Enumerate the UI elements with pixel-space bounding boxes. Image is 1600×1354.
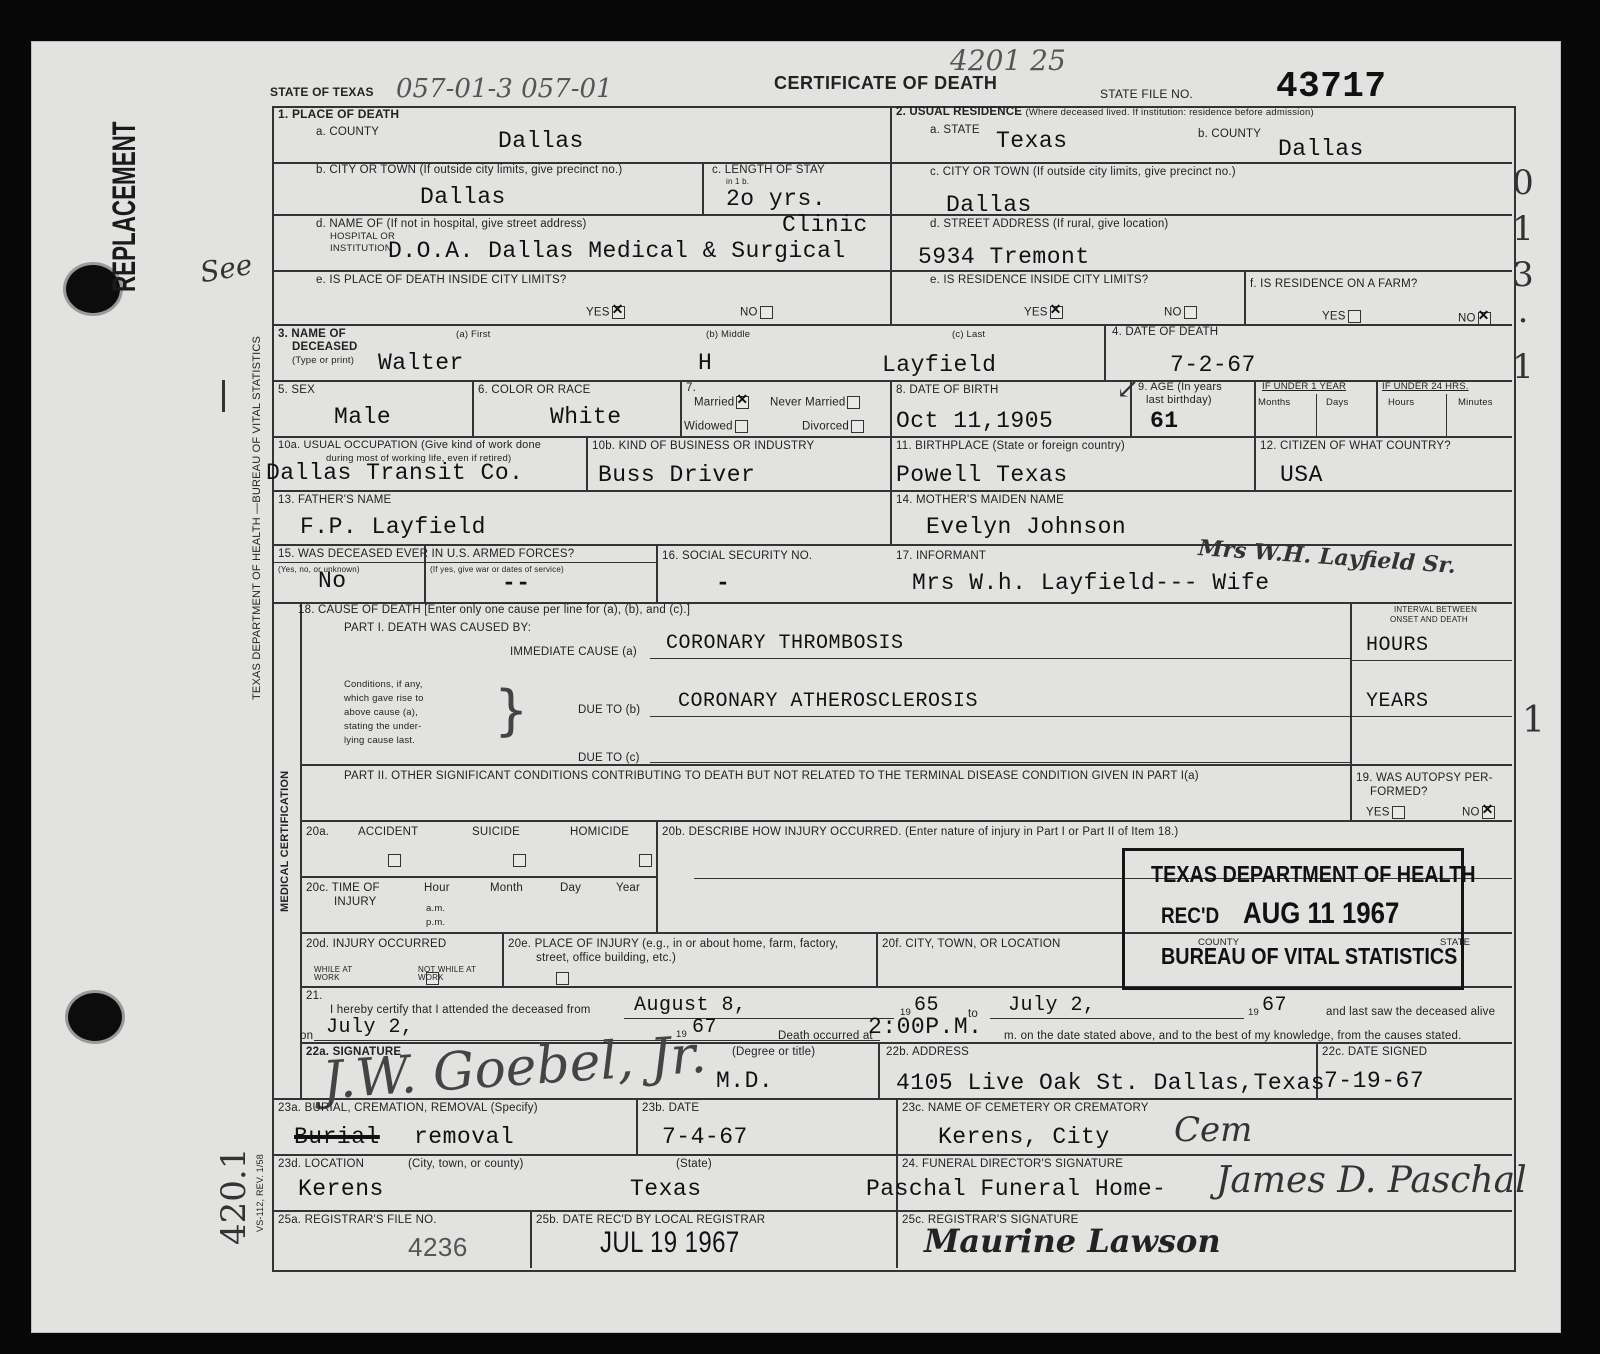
place-of-death-label: 1. PLACE OF DEATH <box>278 108 399 121</box>
residence-street-label: d. STREET ADDRESS (If rural, give locati… <box>930 218 1168 230</box>
interval-a-value: HOURS <box>1366 634 1429 657</box>
pm-label: p.m. <box>426 918 445 928</box>
ssn-label: 16. SOCIAL SECURITY NO. <box>662 550 812 562</box>
residence-label: 2. USUAL RESIDENCE (Where deceased lived… <box>896 106 1314 118</box>
state-file-label: STATE FILE NO. <box>1100 88 1193 101</box>
suicide-checkbox[interactable] <box>513 854 526 867</box>
mother-value: Evelyn Johnson <box>926 514 1126 540</box>
funeral-director-signature: James D. Paschal <box>1216 1160 1527 1201</box>
interval-label-2: ONSET AND DEATH <box>1390 616 1468 624</box>
residence-inside-no[interactable]: NO <box>1164 306 1197 319</box>
date-signed-label: 22c. DATE SIGNED <box>1322 1046 1427 1058</box>
cert-to-year: 67 <box>1262 994 1287 1017</box>
injury-20d-label: 20d. INJURY OCCURRED <box>306 938 446 950</box>
part2-label: PART II. OTHER SIGNIFICANT CONDITIONS CO… <box>344 770 1199 782</box>
conditions-brace: } <box>494 684 528 738</box>
business-value: Buss Driver <box>598 462 755 488</box>
hospital-label-3: INSTITUTION <box>330 244 392 254</box>
date-of-death-value: 7-2-67 <box>1170 352 1256 378</box>
sex-value: Male <box>334 404 391 430</box>
state-file-number: 43717 <box>1276 66 1387 107</box>
registrar-date-label: 25b. DATE REC'D BY LOCAL REGISTRAR <box>536 1214 765 1226</box>
degree-label: (Degree or title) <box>732 1046 815 1058</box>
address-label: 22b. ADDRESS <box>886 1046 969 1058</box>
occupation-label: 10a. USUAL OCCUPATION (Give kind of work… <box>278 440 541 452</box>
minutes-label: Minutes <box>1458 398 1493 408</box>
cert-text-3: m. on the date stated above, and to the … <box>1004 1030 1461 1042</box>
deceased-name-label-3: (Type or print) <box>292 356 354 366</box>
middle-name-value: H <box>698 350 712 376</box>
residence-inside-limits-label: e. IS RESIDENCE INSIDE CITY LIMITS? <box>930 274 1148 286</box>
residence-farm-label: f. IS RESIDENCE ON A FARM? <box>1250 278 1418 290</box>
mother-label: 14. MOTHER'S MAIDEN NAME <box>896 494 1064 506</box>
residence-county-value: Dallas <box>1278 136 1364 162</box>
death-county-label: a. COUNTY <box>316 126 379 138</box>
stamp-date: AUG 11 1967 <box>1243 897 1399 931</box>
stamp-line-1: TEXAS DEPARTMENT OF HEALTH <box>1151 861 1476 888</box>
last-name-label: (c) Last <box>952 330 985 340</box>
state-sub-label: (State) <box>676 1158 712 1170</box>
ssn-value: - <box>716 570 730 596</box>
received-stamp: TEXAS DEPARTMENT OF HEALTH REC'D AUG 11 … <box>1122 848 1464 990</box>
homicide-checkbox[interactable] <box>639 854 652 867</box>
married-checkbox[interactable] <box>736 396 749 409</box>
injury-20c-label-2: INJURY <box>334 896 377 908</box>
marital-label: 7. <box>686 382 696 394</box>
funeral-home-value: Paschal Funeral Home- <box>866 1176 1166 1202</box>
funeral-director-label: 24. FUNERAL DIRECTOR'S SIGNATURE <box>902 1158 1123 1170</box>
residence-farm-yes-checkbox[interactable] <box>1348 310 1361 323</box>
residence-inside-yes[interactable]: YES <box>1024 306 1063 319</box>
under-24-label: IF UNDER 24 HRS. <box>1382 382 1469 392</box>
residence-city-value: Dallas <box>946 192 1032 218</box>
cert-on-label: on <box>300 1030 313 1042</box>
hospital-value: D.O.A. Dallas Medical & Surgical <box>388 238 846 264</box>
under-year-label: IF UNDER 1 YEAR <box>1262 382 1346 392</box>
middle-name-label: (b) Middle <box>706 330 750 340</box>
marital-never-married[interactable]: Never Married <box>770 396 860 409</box>
deceased-name-label-2: DECEASED <box>292 341 358 353</box>
residence-farm-no[interactable]: NO <box>1458 312 1491 325</box>
location-sub-label: (City, town, or county) <box>408 1158 524 1170</box>
deceased-name-label: 3. NAME OF <box>278 328 346 340</box>
residence-inside-yes-checkbox[interactable] <box>1050 306 1063 319</box>
age-value: 61 <box>1150 408 1179 434</box>
citizen-label: 12. CITIZEN OF WHAT COUNTRY? <box>1260 440 1451 452</box>
birthplace-value: Powell Texas <box>896 462 1068 488</box>
margin-tick <box>222 380 225 412</box>
year-label: Year <box>616 882 640 894</box>
last-name-value: Layfield <box>882 352 996 378</box>
location-value: Kerens <box>298 1176 384 1202</box>
cert-from-date: August 8, <box>634 994 747 1017</box>
race-value: White <box>550 404 622 430</box>
injury-20e-label: 20e. PLACE OF INJURY (e.g., in or about … <box>508 938 838 950</box>
cemetery-label: 23c. NAME OF CEMETERY OR CREMATORY <box>902 1102 1149 1114</box>
stamp-recd: REC'D <box>1161 903 1219 929</box>
autopsy-label-2: FORMED? <box>1370 786 1428 798</box>
informant-label: 17. INFORMANT <box>896 550 986 562</box>
cert-to-19: 19 <box>1248 1008 1259 1018</box>
dob-label: 8. DATE OF BIRTH <box>896 384 998 396</box>
autopsy-no-checkbox[interactable] <box>1482 806 1495 819</box>
birthplace-label: 11. BIRTHPLACE (State or foreign country… <box>896 440 1125 452</box>
age-label-2: last birthday) <box>1146 395 1212 407</box>
injury-20b-label: 20b. DESCRIBE HOW INJURY OCCURRED. (Ente… <box>662 826 1178 838</box>
due-to-c-label: DUE TO (c) <box>578 752 640 764</box>
occupation-value: Dallas Transit Co. <box>266 460 523 486</box>
handwritten-top-number: 4201 25 <box>950 44 1066 77</box>
not-while-at-work[interactable]: NOT WHILE AT WORK <box>418 966 476 983</box>
handwritten-codes: 057-01-3 057-01 <box>396 74 613 104</box>
death-county-value: Dallas <box>498 128 584 154</box>
never-married-checkbox[interactable] <box>847 396 860 409</box>
registrar-date-value: JUL 19 1967 <box>600 1226 740 1260</box>
conditions-note-1: Conditions, if any, <box>344 680 423 690</box>
conditions-note-4: stating the under- <box>344 722 422 732</box>
burial-date-value: 7-4-67 <box>662 1124 748 1150</box>
residence-city-label: c. CITY OR TOWN (If outside city limits,… <box>930 166 1236 178</box>
part1-label: PART I. DEATH WAS CAUSED BY: <box>344 622 531 634</box>
suicide-label: SUICIDE <box>472 826 520 838</box>
hours-label: Hours <box>1388 398 1414 408</box>
first-name-value: Walter <box>378 350 464 376</box>
interval-b-value: YEARS <box>1366 690 1429 713</box>
location-label: 23d. LOCATION <box>278 1158 364 1170</box>
hospital-label-2: HOSPITAL OR <box>330 232 395 242</box>
handwritten-left-number: 420.1 <box>214 1148 254 1245</box>
injury-20c-label: 20c. TIME OF <box>306 882 380 894</box>
date-of-death-label: 4. DATE OF DEATH <box>1112 326 1218 338</box>
binder-hole-bottom <box>68 993 122 1041</box>
conditions-note-5: lying cause last. <box>344 736 415 746</box>
hour-label: Hour <box>424 882 450 894</box>
month-label: Month <box>490 882 523 894</box>
months-label: Months <box>1258 398 1290 408</box>
am-label: a.m. <box>426 904 445 914</box>
residence-state-value: Texas <box>996 128 1068 154</box>
residence-county-label: b. COUNTY <box>1198 128 1261 140</box>
check-arrow-mark: ↙ <box>1116 372 1139 405</box>
burial-struck: Burial <box>294 1124 380 1150</box>
death-time-value: 2:00P.M. <box>868 1014 982 1040</box>
immediate-cause-label: IMMEDIATE CAUSE (a) <box>510 646 637 658</box>
death-inside-limits-label: e. IS PLACE OF DEATH INSIDE CITY LIMITS? <box>316 274 566 286</box>
state-of-texas-label: STATE OF TEXAS <box>270 86 374 99</box>
conditions-note-3: above cause (a), <box>344 708 418 718</box>
interval-label: INTERVAL BETWEEN <box>1394 606 1477 614</box>
cert-text-2: and last saw the deceased alive <box>1326 1006 1495 1018</box>
residence-street-value: 5934 Tremont <box>918 244 1090 270</box>
due-to-b-value: CORONARY ATHEROSCLEROSIS <box>678 690 978 713</box>
location-state-value: Texas <box>630 1176 702 1202</box>
death-occurred-label: Death occurred at <box>778 1030 873 1042</box>
cert-on-date: July 2, <box>326 1016 414 1039</box>
hospital-label: d. NAME OF (If not in hospital, give str… <box>316 218 587 230</box>
burial-date-label: 23b. DATE <box>642 1102 699 1114</box>
death-inside-limits-no[interactable]: NO <box>740 306 773 319</box>
degree-value: M.D. <box>716 1068 773 1094</box>
residence-farm-yes[interactable]: YES <box>1322 310 1361 323</box>
hospital-value-extra: Clinic <box>782 212 868 238</box>
address-value: 4105 Live Oak St. Dallas,Texas <box>896 1070 1325 1096</box>
widowed-checkbox[interactable] <box>735 420 748 433</box>
injury-20a-label: 20a. <box>306 826 329 838</box>
informant-value: Mrs W.h. Layfield--- Wife <box>912 570 1270 596</box>
marital-married[interactable]: Married <box>694 396 749 409</box>
armed-forces-value: No <box>318 568 347 594</box>
death-city-label: b. CITY OR TOWN (If outside city limits,… <box>316 164 622 176</box>
registrar-signature: Maurine Lawson <box>924 1222 1221 1260</box>
stamp-line-3: BUREAU OF VITAL STATISTICS <box>1161 943 1457 970</box>
burial-value: removal <box>414 1124 514 1150</box>
autopsy-label: 19. WAS AUTOPSY PER- <box>1356 772 1493 784</box>
age-label: 9. AGE (In years <box>1138 382 1222 394</box>
homicide-label: HOMICIDE <box>570 826 629 838</box>
residence-farm-no-checkbox[interactable] <box>1478 312 1491 325</box>
agency-vertical-label: TEXAS DEPARTMENT OF HEALTH —BUREAU OF VI… <box>252 336 264 700</box>
registrar-file-value: 4236 <box>408 1232 468 1263</box>
autopsy-no[interactable]: NO <box>1462 806 1495 819</box>
immediate-cause-value: CORONARY THROMBOSIS <box>666 632 904 655</box>
cemetery-handwritten: Cem <box>1174 1110 1252 1150</box>
form-number: VS-112, REV. 1/58 <box>256 1154 265 1232</box>
autopsy-yes[interactable]: YES <box>1366 806 1405 819</box>
cause-section-label: 18. CAUSE OF DEATH [Enter only one cause… <box>298 604 690 616</box>
death-inside-limits-yes[interactable]: YES <box>586 306 625 319</box>
father-value: F.P. Layfield <box>300 514 486 540</box>
residence-inside-no-checkbox[interactable] <box>1184 306 1197 319</box>
death-city-value: Dallas <box>420 184 506 210</box>
armed-forces-sub2: (If yes, give war or dates of service) <box>430 566 564 574</box>
marital-divorced[interactable]: Divorced <box>802 420 864 433</box>
marital-widowed[interactable]: Widowed <box>684 420 748 433</box>
length-of-stay-value: 2o yrs. <box>726 186 826 212</box>
citizen-value: USA <box>1280 462 1323 488</box>
father-label: 13. FATHER'S NAME <box>278 494 391 506</box>
cert-text-1: I hereby certify that I attended the dec… <box>330 1004 591 1016</box>
residence-state-label: a. STATE <box>930 124 980 136</box>
autopsy-yes-checkbox[interactable] <box>1392 806 1405 819</box>
dob-value: Oct 11,1905 <box>896 408 1053 434</box>
accident-checkbox[interactable] <box>388 854 401 867</box>
day-label: Day <box>560 882 581 894</box>
armed-forces-label: 15. WAS DECEASED EVER IN U.S. ARMED FORC… <box>278 548 574 560</box>
cemetery-value: Kerens, City <box>938 1124 1110 1150</box>
injury-20f-label: 20f. CITY, TOWN, OR LOCATION <box>882 938 1061 950</box>
due-to-b-label: DUE TO (b) <box>578 704 640 716</box>
injury-20e-label-2: street, office building, etc.) <box>536 952 676 964</box>
accident-label: ACCIDENT <box>358 826 418 838</box>
handwritten-right-mark: 1 <box>1522 700 1545 741</box>
cert-to-date: July 2, <box>1008 994 1096 1017</box>
death-inside-no-checkbox[interactable] <box>760 306 773 319</box>
replacement-stamp: REPLACEMENT <box>106 122 143 292</box>
race-label: 6. COLOR OR RACE <box>478 384 590 396</box>
conditions-note-2: which gave rise to <box>344 694 424 704</box>
registrar-file-label: 25a. REGISTRAR'S FILE NO. <box>278 1214 437 1226</box>
not-while-at-work-checkbox[interactable] <box>556 972 569 985</box>
while-at-work[interactable]: WHILE AT WORK <box>314 966 364 983</box>
death-inside-yes-checkbox[interactable] <box>612 306 625 319</box>
business-label: 10b. KIND OF BUSINESS OR INDUSTRY <box>592 440 814 452</box>
armed-forces-dates: -- <box>502 570 531 596</box>
first-name-label: (a) First <box>456 330 491 340</box>
cert-21-label: 21. <box>306 990 323 1002</box>
length-of-stay-label: c. LENGTH OF STAY <box>712 164 825 176</box>
burial-label: 23a. BURIAL, CREMATION, REMOVAL (Specify… <box>278 1102 538 1114</box>
days-label: Days <box>1326 398 1348 408</box>
divorced-checkbox[interactable] <box>851 420 864 433</box>
sex-label: 5. SEX <box>278 384 315 396</box>
date-signed-value: 7-19-67 <box>1324 1068 1424 1094</box>
